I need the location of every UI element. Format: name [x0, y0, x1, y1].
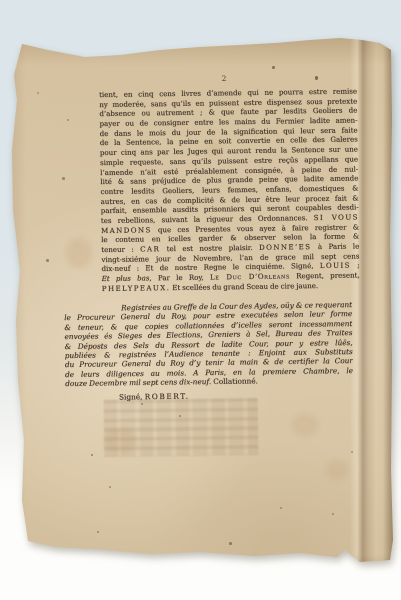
registration-note: Registrées au Greffe de la Cour des Ayde…: [64, 300, 353, 389]
document-photo: 2 tient, en cinq cens livres d’amende qu…: [0, 0, 401, 600]
page-number: 2: [214, 74, 234, 83]
signature-name: ROBERT.: [145, 392, 190, 402]
ordinance-body-text: tient, en cinq cens livres d’amende qui …: [99, 86, 360, 293]
signature-prefix: Signé,: [119, 392, 145, 401]
signature-line: Signé, ROBERT.: [119, 392, 190, 402]
paper-bottom-edge-shading: [10, 554, 391, 566]
paper-shadow: 2 tient, en cinq cens livres d’amende qu…: [0, 0, 401, 600]
document-page: 2 tient, en cinq cens livres d’amende qu…: [0, 0, 401, 600]
